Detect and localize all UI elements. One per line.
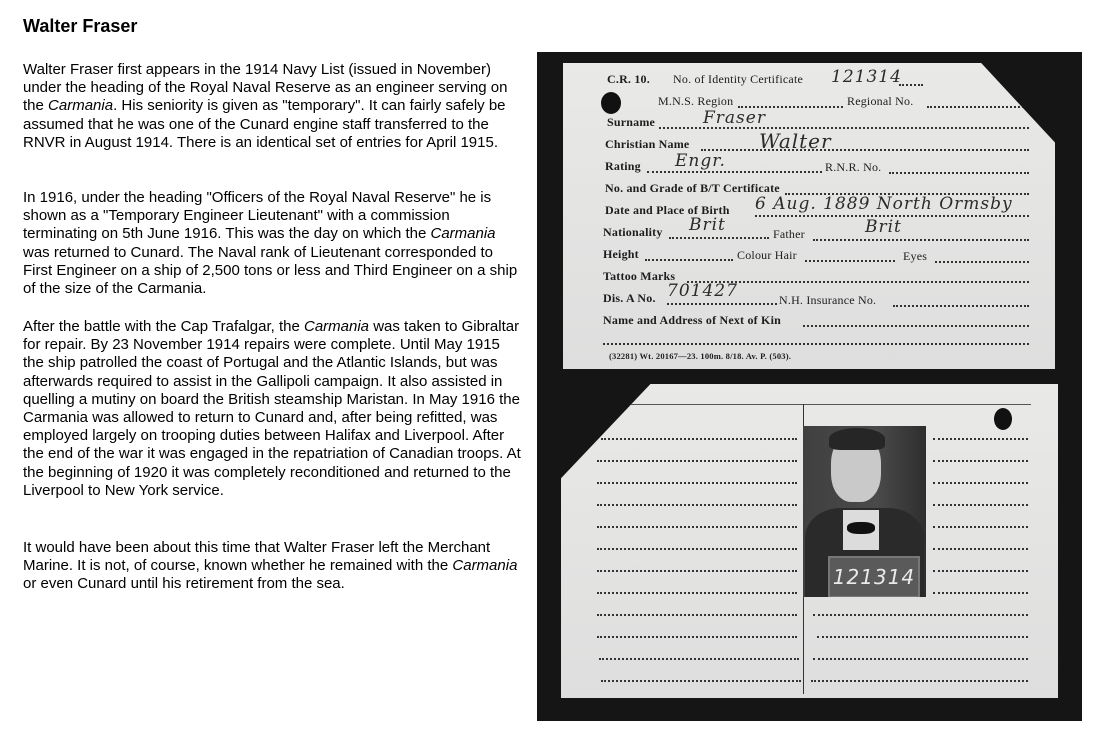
paragraph-text: was taken to Gibraltar for repair. By 23… (23, 318, 521, 499)
punch-hole-icon (601, 92, 621, 114)
nh-insurance-label: N.H. Insurance No. (779, 293, 876, 308)
father-value: Brit (865, 217, 902, 237)
identity-card-photograph: C.R. 10. No. of Identity Certificate 121… (537, 52, 1082, 721)
regional-no-label: Regional No. (847, 94, 913, 109)
mns-region-label: M.N.S. Region (658, 94, 733, 109)
next-of-kin-label: Name and Address of Next of Kin (603, 313, 781, 328)
ship-name: Carmania (304, 318, 369, 335)
christian-name-value: Walter (759, 129, 832, 153)
paragraph-text: was returned to Cunard. The Naval rank o… (23, 244, 517, 297)
paragraph-text: In 1916, under the heading "Officers of … (23, 189, 491, 242)
form-code: C.R. 10. (607, 72, 650, 87)
christian-name-label: Christian Name (605, 137, 689, 152)
bow-tie-icon (847, 522, 875, 534)
identity-cert-value: 121314 (831, 67, 902, 87)
ship-name: Carmania (430, 225, 495, 242)
ship-name: Carmania (48, 97, 113, 114)
surname-value: Fraser (703, 108, 766, 128)
punch-hole-icon (994, 408, 1012, 430)
height-label: Height (603, 247, 639, 262)
id-number-plate: 121314 (828, 556, 920, 597)
colour-hair-label: Colour Hair (737, 248, 797, 263)
paragraph-text: After the battle with the Cap Trafalgar,… (23, 318, 304, 335)
print-reference: (32281) Wt. 20167—23. 100m. 8/18. Av. P.… (609, 351, 791, 361)
eyes-label: Eyes (903, 249, 927, 264)
rating-value: Engr. (675, 151, 726, 171)
dis-a-value: 701427 (667, 281, 738, 301)
page-title: Walter Fraser (23, 15, 137, 37)
portrait-photo: 121314 (803, 426, 926, 597)
nationality-label: Nationality (603, 225, 663, 240)
ship-name: Carmania (452, 557, 517, 574)
paragraph-1916-commission: In 1916, under the heading "Officers of … (23, 189, 523, 298)
surname-label: Surname (607, 115, 655, 130)
tattoo-label: Tattoo Marks (603, 269, 675, 284)
identity-cert-label: No. of Identity Certificate (673, 72, 803, 87)
paragraph-conclusion: It would have been about this time that … (23, 539, 523, 594)
plate-number: 121314 (830, 565, 918, 589)
identity-card-back: 121314 (561, 384, 1058, 698)
rnr-no-label: R.N.R. No. (825, 160, 881, 175)
nationality-value: Brit (689, 215, 726, 235)
rating-label: Rating (605, 159, 641, 174)
paragraph-navy-list: Walter Fraser first appears in the 1914 … (23, 61, 523, 152)
dis-a-label: Dis. A No. (603, 291, 656, 306)
paragraph-carmania-history: After the battle with the Cap Trafalgar,… (23, 318, 523, 500)
father-label: Father (773, 227, 805, 242)
birth-value: 6 Aug. 1889 North Ormsby (755, 194, 1013, 214)
identity-card-front: C.R. 10. No. of Identity Certificate 121… (563, 63, 1055, 369)
bt-cert-label: No. and Grade of B/T Certificate (605, 181, 780, 196)
paragraph-text: It would have been about this time that … (23, 539, 490, 574)
paragraph-text: or even Cunard until his retirement from… (23, 575, 345, 592)
